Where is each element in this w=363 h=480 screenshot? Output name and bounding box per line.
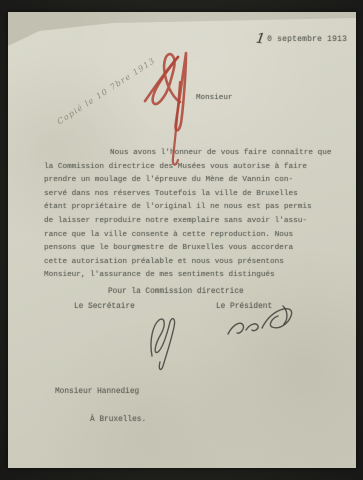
date-line: 10 septembre 1913	[236, 22, 347, 56]
body-line: cette autorisation préalable et nous vou…	[44, 256, 340, 270]
body-line: rance que la ville consente à cette repr…	[44, 229, 340, 243]
letter-body: Nous avons l'honneur de vous faire conna…	[44, 147, 340, 283]
body-line: Nous avons l'honneur de vous faire conna…	[44, 147, 340, 161]
salutation: Monsieur	[196, 94, 232, 102]
scanned-letter-photo: 10 septembre 1913 Copié le 10 7bre 1913 …	[0, 0, 363, 480]
closing-for-commission: Pour la Commission directrice	[108, 288, 244, 296]
recipient-city: À Bruxelles.	[90, 416, 146, 424]
date-handwritten-digit: 1	[255, 30, 266, 47]
recipient-name: Monsieur Hannedieg	[55, 388, 139, 396]
body-line: Monsieur, l'assurance de mes sentiments …	[44, 269, 340, 283]
body-line: de laisser reproduire notre exemplaire s…	[44, 215, 340, 229]
closing-secretary-title: Le Secrétaire	[74, 303, 135, 311]
closing-president-title: Le Président	[216, 303, 272, 311]
body-line: servé dans nos réserves Toutefois la vil…	[44, 188, 340, 202]
body-line: étant propriétaire de l'original il ne n…	[44, 201, 340, 215]
body-line: pensons que le bourgmestre de Bruxelles …	[44, 242, 340, 256]
body-line: la Commission directrice des Musées vous…	[44, 161, 340, 175]
body-line: prendre un moulage de l'épreuve du Mène …	[44, 174, 340, 188]
date-typed: 0 septembre 1913	[267, 35, 347, 44]
